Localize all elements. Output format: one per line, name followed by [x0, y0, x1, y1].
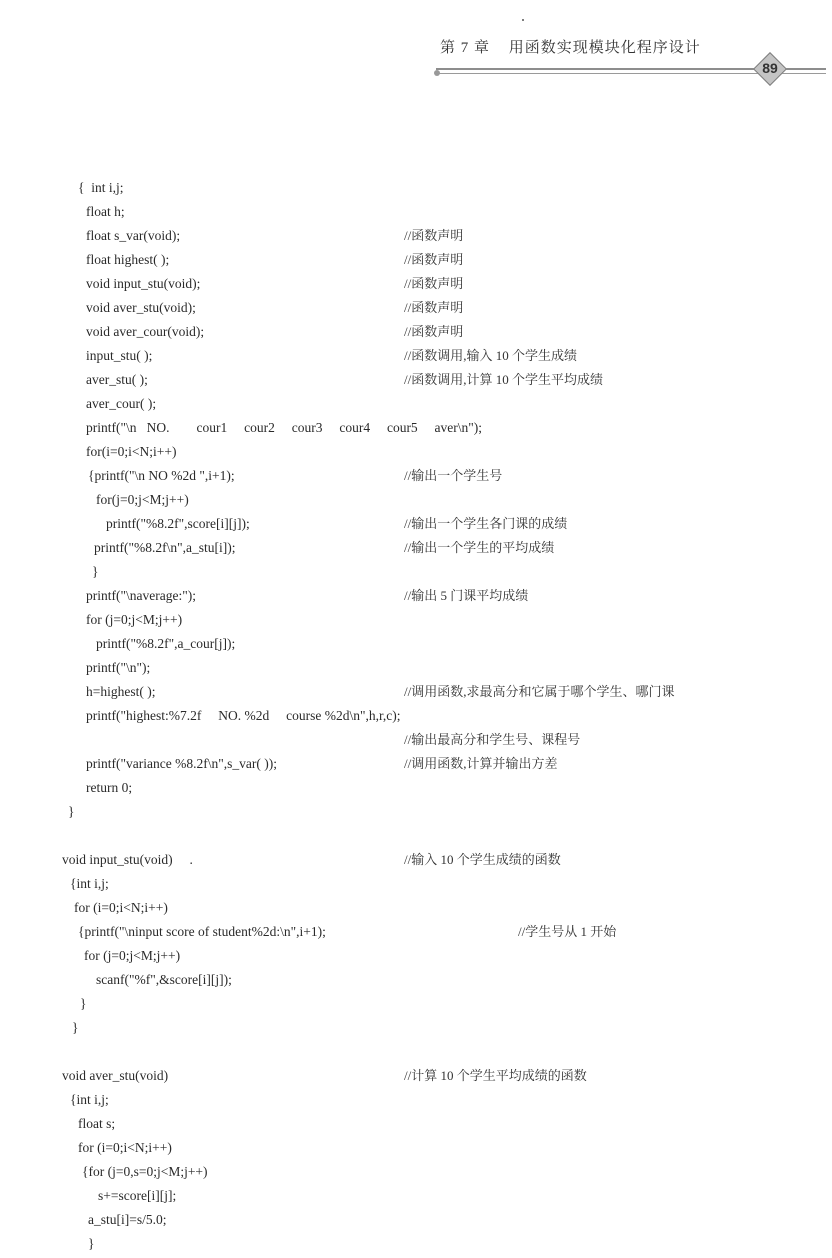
- code-line: void aver_stu(void): [62, 1067, 168, 1085]
- code-line: aver_cour( );: [86, 395, 156, 413]
- code-line: printf("%8.2f",a_cour[j]);: [96, 635, 235, 653]
- code-comment: //函数调用,输入 10 个学生成绩: [404, 347, 577, 365]
- code-comment: //函数声明: [404, 251, 463, 269]
- code-line: }: [88, 1235, 94, 1253]
- code-line: {printf("\ninput score of student%2d:\n"…: [78, 923, 326, 941]
- code-line: {int i,j;: [70, 875, 109, 893]
- code-line: float s;: [78, 1115, 115, 1133]
- code-comment: //输入 10 个学生成绩的函数: [404, 851, 561, 869]
- code-comment: //调用函数,计算并输出方差: [404, 755, 557, 773]
- code-comment: //输出一个学生的平均成绩: [404, 539, 554, 557]
- rule-end-dot: [434, 70, 440, 76]
- page-number: 89: [753, 60, 787, 76]
- code-line: float highest( );: [86, 251, 169, 269]
- code-line: for (i=0;i<N;i++): [78, 1139, 172, 1157]
- code-line: return 0;: [86, 779, 132, 797]
- code-line: for (j=0;j<M;j++): [86, 611, 182, 629]
- code-comment: //输出一个学生各门课的成绩: [404, 515, 567, 533]
- code-line: printf("highest:%7.2f NO. %2d course %2d…: [86, 707, 401, 725]
- scan-speck: [522, 19, 524, 21]
- running-header: 第 7 章 用函数实现模块化程序设计: [440, 36, 701, 57]
- code-line: { int i,j;: [78, 179, 123, 197]
- code-line: h=highest( );: [86, 683, 155, 701]
- code-line: for (i=0;i<N;i++): [74, 899, 168, 917]
- code-comment: //调用函数,求最高分和它属于哪个学生、哪门课: [404, 683, 674, 701]
- code-line: for (j=0;j<M;j++): [84, 947, 180, 965]
- code-line: }: [80, 995, 86, 1013]
- code-comment: //函数声明: [404, 227, 463, 245]
- code-line: scanf("%f",&score[i][j]);: [96, 971, 232, 989]
- code-line: input_stu( );: [86, 347, 152, 365]
- code-comment: //函数调用,计算 10 个学生平均成绩: [404, 371, 603, 389]
- chapter-title: 用函数实现模块化程序设计: [509, 40, 701, 56]
- code-line: printf("\naverage:");: [86, 587, 196, 605]
- code-line: }: [92, 563, 98, 581]
- code-comment: //输出一个学生号: [404, 467, 502, 485]
- code-comment: //学生号从 1 开始: [518, 923, 616, 941]
- code-line: void aver_cour(void);: [86, 323, 204, 341]
- code-line: void input_stu(void);: [86, 275, 200, 293]
- code-line: float h;: [86, 203, 125, 221]
- code-comment: //计算 10 个学生平均成绩的函数: [404, 1067, 587, 1085]
- code-comment: //函数声明: [404, 299, 463, 317]
- code-line: for(i=0;i<N;i++): [86, 443, 176, 461]
- code-line: }: [68, 803, 74, 821]
- code-line: printf("\n");: [86, 659, 150, 677]
- page-number-badge: 89: [753, 52, 787, 86]
- header-rule-right: [786, 68, 826, 70]
- code-line: }: [72, 1019, 78, 1037]
- code-line: void aver_stu(void);: [86, 299, 196, 317]
- code-line: float s_var(void);: [86, 227, 180, 245]
- code-line: {for (j=0,s=0;j<M;j++): [82, 1163, 208, 1181]
- code-line: printf("variance %8.2f\n",s_var( ));: [86, 755, 277, 773]
- code-line: void input_stu(void) .: [62, 851, 193, 869]
- code-line: aver_stu( );: [86, 371, 148, 389]
- code-comment: //输出 5 门课平均成绩: [404, 587, 528, 605]
- code-comment: //函数声明: [404, 275, 463, 293]
- chapter-number: 第 7 章: [440, 40, 490, 56]
- code-comment: //函数声明: [404, 323, 463, 341]
- code-line: printf("\n NO. cour1 cour2 cour3 cour4 c…: [86, 419, 482, 437]
- code-line: {printf("\n NO %2d ",i+1);: [88, 467, 235, 485]
- code-line: for(j=0;j<M;j++): [96, 491, 189, 509]
- code-line: s+=score[i][j];: [98, 1187, 176, 1205]
- code-comment: //输出最高分和学生号、课程号: [404, 731, 580, 749]
- code-line: printf("%8.2f\n",a_stu[i]);: [94, 539, 236, 557]
- code-line: printf("%8.2f",score[i][j]);: [106, 515, 250, 533]
- code-line: {int i,j;: [70, 1091, 109, 1109]
- header-rule: [436, 68, 754, 70]
- code-line: a_stu[i]=s/5.0;: [88, 1211, 166, 1229]
